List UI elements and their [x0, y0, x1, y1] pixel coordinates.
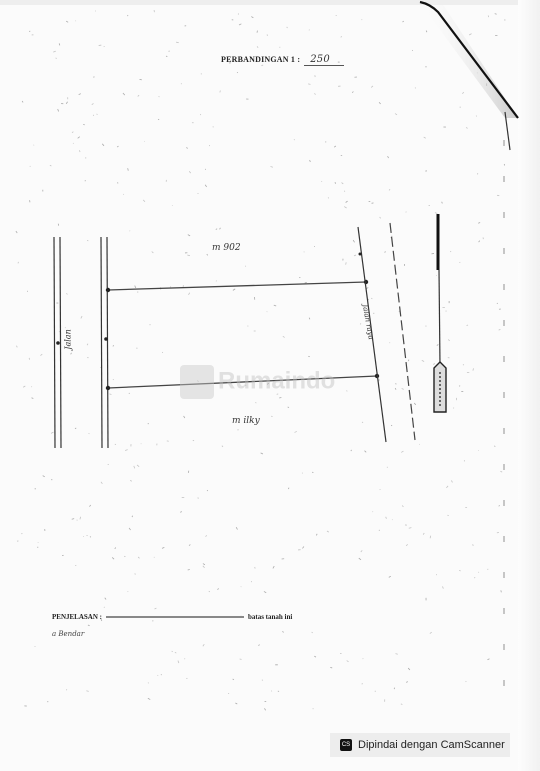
camscanner-badge: CS Dipindai dengan CamScanner [330, 733, 510, 757]
north-arrow-icon [434, 214, 446, 412]
south-neighbor-label: m ilky [232, 416, 260, 426]
watermark-text: Rumaindo [218, 367, 335, 394]
north-neighbor-label: m 902 [212, 243, 241, 253]
legend-note: a Bendar [52, 630, 84, 638]
scale-label: PERBANDINGAN 1 : [221, 55, 300, 64]
scanned-page: PERBANDINGAN 1 :250 m 902 m ilky Jalan J… [0, 0, 540, 771]
legend: PENJELASAN :batas tanah ini [52, 613, 292, 621]
legend-label: PENJELASAN : [52, 613, 102, 621]
scale-value: 250 [304, 54, 344, 66]
page-fold-shadow [418, 0, 518, 118]
legend-boundary-text: batas tanah ini [248, 613, 292, 621]
left-road [54, 237, 108, 448]
camscanner-text: Dipindai dengan CamScanner [358, 739, 505, 751]
left-road-label: Jalan [64, 329, 73, 349]
scale-ratio: PERBANDINGAN 1 :250 [221, 54, 344, 66]
watermark-logo-icon [180, 365, 214, 399]
camscanner-icon: CS [340, 739, 352, 751]
legend-boundary-line [106, 616, 244, 618]
watermark: Rumaindo [180, 365, 335, 399]
